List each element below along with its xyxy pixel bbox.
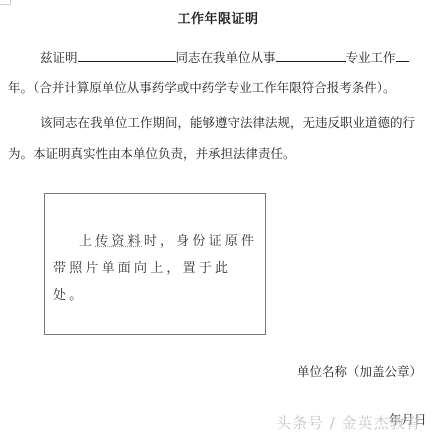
certify-line-2: 年。（合并计算原单位从事药学或中药学专业工作年限符合报考条件）。 <box>8 80 396 96</box>
certify-line-1: 兹证明同志在我单位从事专业工作 <box>40 49 409 66</box>
certify-suffix: 专业工作 <box>346 50 396 65</box>
conduct-line-1: 该同志在我单位工作期间，能够遵守法律法规，无违反职业道德的行 <box>40 115 415 131</box>
id-photo-instruction: 上传资料时，身份证原件带照片单面向上，置于此处。 <box>53 228 259 309</box>
certify-prefix: 兹证明 <box>40 50 78 65</box>
page-corner-mark <box>0 0 11 5</box>
instruction-squiggle: 传资料 <box>95 234 144 249</box>
id-photo-box: 上传资料时，身份证原件带照片单面向上，置于此处。 <box>44 193 266 335</box>
certify-middle: 同志在我单位从事 <box>176 50 276 65</box>
conduct-line-2: 为。本证明真实性由本单位负责，并承担法律责任。 <box>8 146 296 162</box>
years-blank-field[interactable] <box>396 49 409 62</box>
name-blank-field[interactable] <box>78 49 176 62</box>
profession-blank-field[interactable] <box>276 49 346 62</box>
document-title: 工作年限证明 <box>0 8 436 27</box>
instruction-part-1: 上 <box>79 234 95 249</box>
watermark: 头条号 / 金英杰教育 <box>276 412 422 433</box>
unit-name-stamp: 单位名称（加盖公章） <box>297 362 422 380</box>
